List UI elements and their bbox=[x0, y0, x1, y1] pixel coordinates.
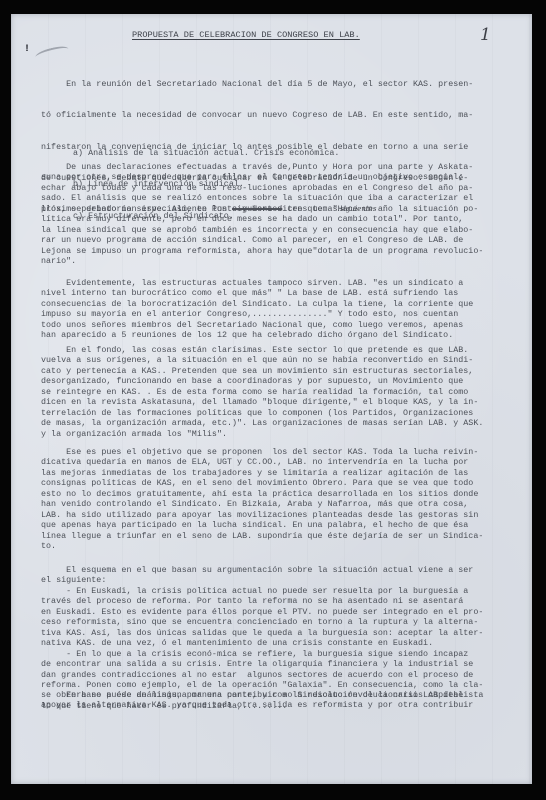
text-line: apoyar la alternativa KAS. ya que toda o… bbox=[41, 700, 521, 710]
text-line: impuso su mayoría en el anterior Congres… bbox=[41, 309, 521, 319]
text-line: reforma. Ponen como ejemplo, el de la op… bbox=[41, 680, 521, 690]
text-line: de encontrar una salida a su crisis. Ent… bbox=[41, 659, 521, 669]
text-line: nario". bbox=[41, 256, 521, 266]
text-line: to. bbox=[41, 541, 521, 551]
text-line: han aparecido a 5 reuniones de los 12 qu… bbox=[41, 330, 521, 340]
text-line: En la reunión del Secretariado Nacional … bbox=[41, 79, 521, 89]
text-line: ceso reformista, sino que se encuentra c… bbox=[41, 617, 521, 627]
text-line: LAB. ha sido utilizado para apoyar las m… bbox=[41, 510, 521, 520]
text-line: el siguiente: bbox=[41, 575, 521, 585]
text-line: han venido controlando el Sindicato. En … bbox=[41, 499, 521, 509]
text-line: cato y pertenecía a KAS.. Pretenden que … bbox=[41, 366, 521, 376]
text-line: consignas políticas de KAS, en el seno d… bbox=[41, 478, 521, 488]
margin-mark: ! bbox=[24, 44, 30, 55]
text-line: nivel interno tan burocrático como el qu… bbox=[41, 288, 521, 298]
text-line: que apenas haya participado en la lucha … bbox=[41, 520, 521, 530]
text-line: línea llegue a triunfar en el seno de LA… bbox=[41, 531, 521, 541]
text-line: Evidentemente, las estructuras actuales … bbox=[41, 278, 521, 288]
body-paragraph: Ese es pues el objetivo que se proponen … bbox=[41, 447, 521, 552]
text-line: la línea sindical que se aprobó también … bbox=[41, 225, 521, 235]
text-line: tiva KAS. Así, las dos únicas salidas qu… bbox=[41, 628, 521, 638]
text-line: echar abajo todas y cada una de las reso… bbox=[41, 183, 521, 193]
text-line: próximo periodo no sirve. Así, en Punto … bbox=[41, 204, 521, 214]
text-line: esto no lo decimos gratuitamente, ahí es… bbox=[41, 489, 521, 499]
text-line: tó oficialmente la necesidad de convocar… bbox=[41, 110, 521, 120]
text-line: El esquema en el que basan su argumentac… bbox=[41, 565, 521, 575]
text-line: rar un nuevo programa de acción sindical… bbox=[41, 235, 521, 245]
text-line: - En Euskadi, la crisis política actual … bbox=[41, 586, 521, 596]
text-line: En el fondo, las cosas están clarísimas.… bbox=[41, 345, 521, 355]
text-line: vuelva a sus orígenes, a la situación en… bbox=[41, 355, 521, 365]
body-paragraph: En el fondo, las cosas están clarísimas.… bbox=[41, 345, 521, 439]
document-page: ! PROPUESTA DE CELEBRACION DE CONGRESO E… bbox=[11, 14, 532, 784]
topic-item-a: a) Análisis de la situación actual. Cris… bbox=[73, 148, 546, 158]
document-title: PROPUESTA DE CELEBRACION DE CONGRESO EN … bbox=[132, 30, 360, 40]
body-paragraph: De unas declaraciones efectuadas a travé… bbox=[41, 162, 521, 267]
text-line: Lejona se impuso un programa reformista,… bbox=[41, 246, 521, 256]
text-line: nativa KAS. de una vez, ó el mantenimien… bbox=[41, 638, 521, 648]
text-line: En base a ése análisis, por una parte, y… bbox=[41, 690, 521, 700]
text-line: De unas declaraciones efectuadas a travé… bbox=[41, 162, 521, 172]
body-paragraph: En base a ése análisis, por una parte, y… bbox=[41, 690, 521, 711]
text-line: de masas, la organización armada, etc.)"… bbox=[41, 418, 521, 428]
text-line: todo unos señores miembros del Secretari… bbox=[41, 320, 521, 330]
text-line: terrelación de las formaciones políticas… bbox=[41, 408, 521, 418]
text-line: Ese es pues el objetivo que se proponen … bbox=[41, 447, 521, 457]
text-line: y la organización armada los "Milis". bbox=[41, 429, 521, 439]
text-line: dicativa quedaría en manos de ELA, UGT y… bbox=[41, 457, 521, 467]
text-line: lítica era muy diferente, pero en doce m… bbox=[41, 214, 521, 224]
text-line: - En lo que a la crisis econó-mica se re… bbox=[41, 649, 521, 659]
text-line: consecuencias de la borocratización del … bbox=[41, 299, 521, 309]
text-line: desorganizado, funcionando en base a coo… bbox=[41, 376, 521, 386]
text-line: las mejoras inmediatas de los trabajador… bbox=[41, 468, 521, 478]
text-line: suna por otra,se desprende que para éllo… bbox=[41, 172, 521, 182]
text-line: sado. El análisis que se realizó entonce… bbox=[41, 193, 521, 203]
text-line: dicen en la revista Askatasuna, del llam… bbox=[41, 397, 521, 407]
text-line: se reintegre en KAS. . Es de esta forma … bbox=[41, 387, 521, 397]
text-line: través del proceso de reforma. Por tanto… bbox=[41, 596, 521, 606]
text-line: en Euskadi. Esto es evidente para éllos … bbox=[41, 607, 521, 617]
page-number: 1 bbox=[480, 30, 491, 40]
text-line: dan grandes contradicciones al no estar … bbox=[41, 670, 521, 680]
body-paragraph: Evidentemente, las estructuras actuales … bbox=[41, 278, 521, 341]
